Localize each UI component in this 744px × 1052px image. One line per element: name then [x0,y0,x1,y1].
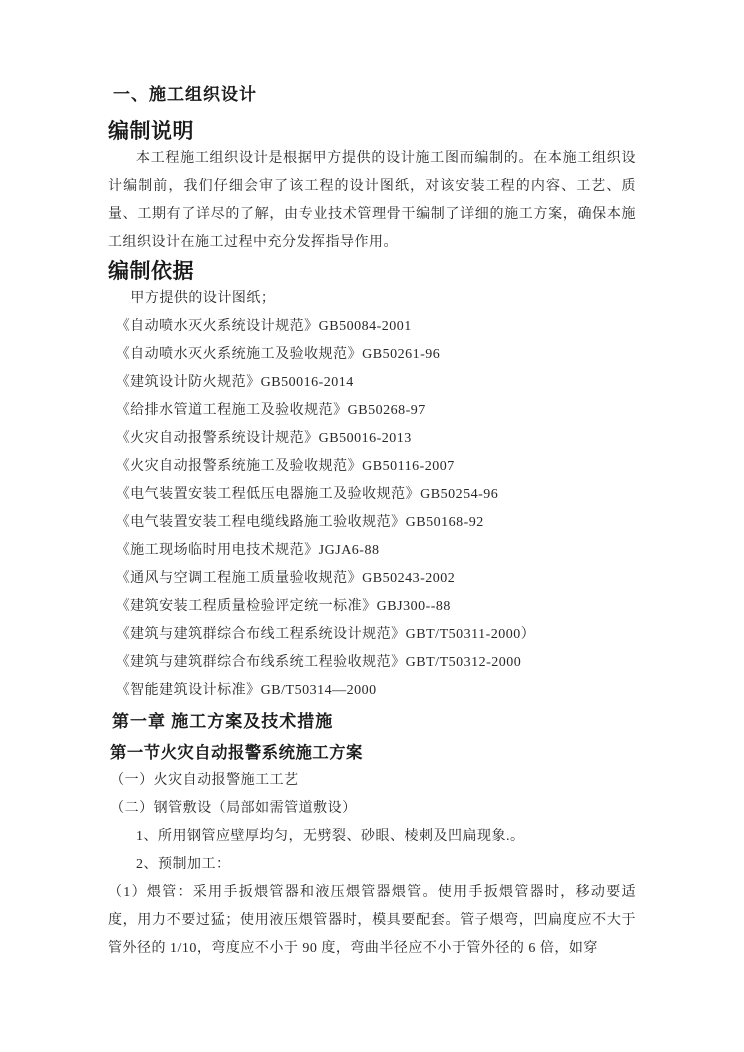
list-item: （一）火灾自动报警施工工艺 [110,767,636,795]
list-item: （二）钢管敷设（局部如需管道敷设） [110,795,636,823]
body-paragraph: （1）煨管：采用手扳煨管器和液压煨管器煨管。使用手扳煨管器时，移动要适度，用力不… [108,879,636,963]
notes-heading: 编制说明 [108,117,636,145]
standard-reference: 《建筑设计防火规范》GB50016-2014 [116,369,636,397]
standard-reference: 《智能建筑设计标准》GB/T50314—2000 [116,677,636,705]
standard-reference: 《建筑与建筑群综合布线系统工程验收规范》GBT/T50312-2000 [116,649,636,677]
standard-reference: 《建筑安装工程质量检验评定统一标准》GBJ300--88 [116,593,636,621]
standard-reference: 《电气装置安装工程电缆线路施工验收规范》GB50168-92 [116,509,636,537]
standard-reference: 《建筑与建筑群综合布线工程系统设计规范》GBT/T50311-2000） [116,621,636,649]
notes-paragraph: 本工程施工组织设计是根据甲方提供的设计施工图而编制的。在本施工组织设计编制前，我… [108,145,636,257]
list-item: 1、所用钢管应壁厚均匀，无劈裂、砂眼、棱刺及凹扁现象.。 [108,823,636,851]
standard-reference: 《电气装置安装工程低压电器施工及验收规范》GB50254-96 [116,481,636,509]
standard-reference: 《火灾自动报警系统施工及验收规范》GB50116-2007 [116,453,636,481]
standard-reference: 《火灾自动报警系统设计规范》GB50016-2013 [116,425,636,453]
section-heading: 第一节火灾自动报警系统施工方案 [110,739,636,767]
list-item: 2、预制加工： [108,851,636,879]
basis-heading: 编制依据 [108,257,636,285]
document-page: 一、施工组织设计 编制说明 本工程施工组织设计是根据甲方提供的设计施工图而编制的… [0,0,744,1052]
standard-reference: 《通风与空调工程施工质量验收规范》GB50243-2002 [116,565,636,593]
basis-intro: 甲方提供的设计图纸； [130,285,636,313]
standard-reference: 《自动喷水灭火系统设计规范》GB50084-2001 [116,313,636,341]
page-title: 一、施工组织设计 [113,83,636,107]
standard-reference: 《自动喷水灭火系统施工及验收规范》GB50261-96 [116,341,636,369]
standard-reference: 《施工现场临时用电技术规范》JGJA6-88 [116,537,636,565]
chapter-heading: 第一章 施工方案及技术措施 [112,705,636,739]
standard-reference: 《给排水管道工程施工及验收规范》GB50268-97 [116,397,636,425]
